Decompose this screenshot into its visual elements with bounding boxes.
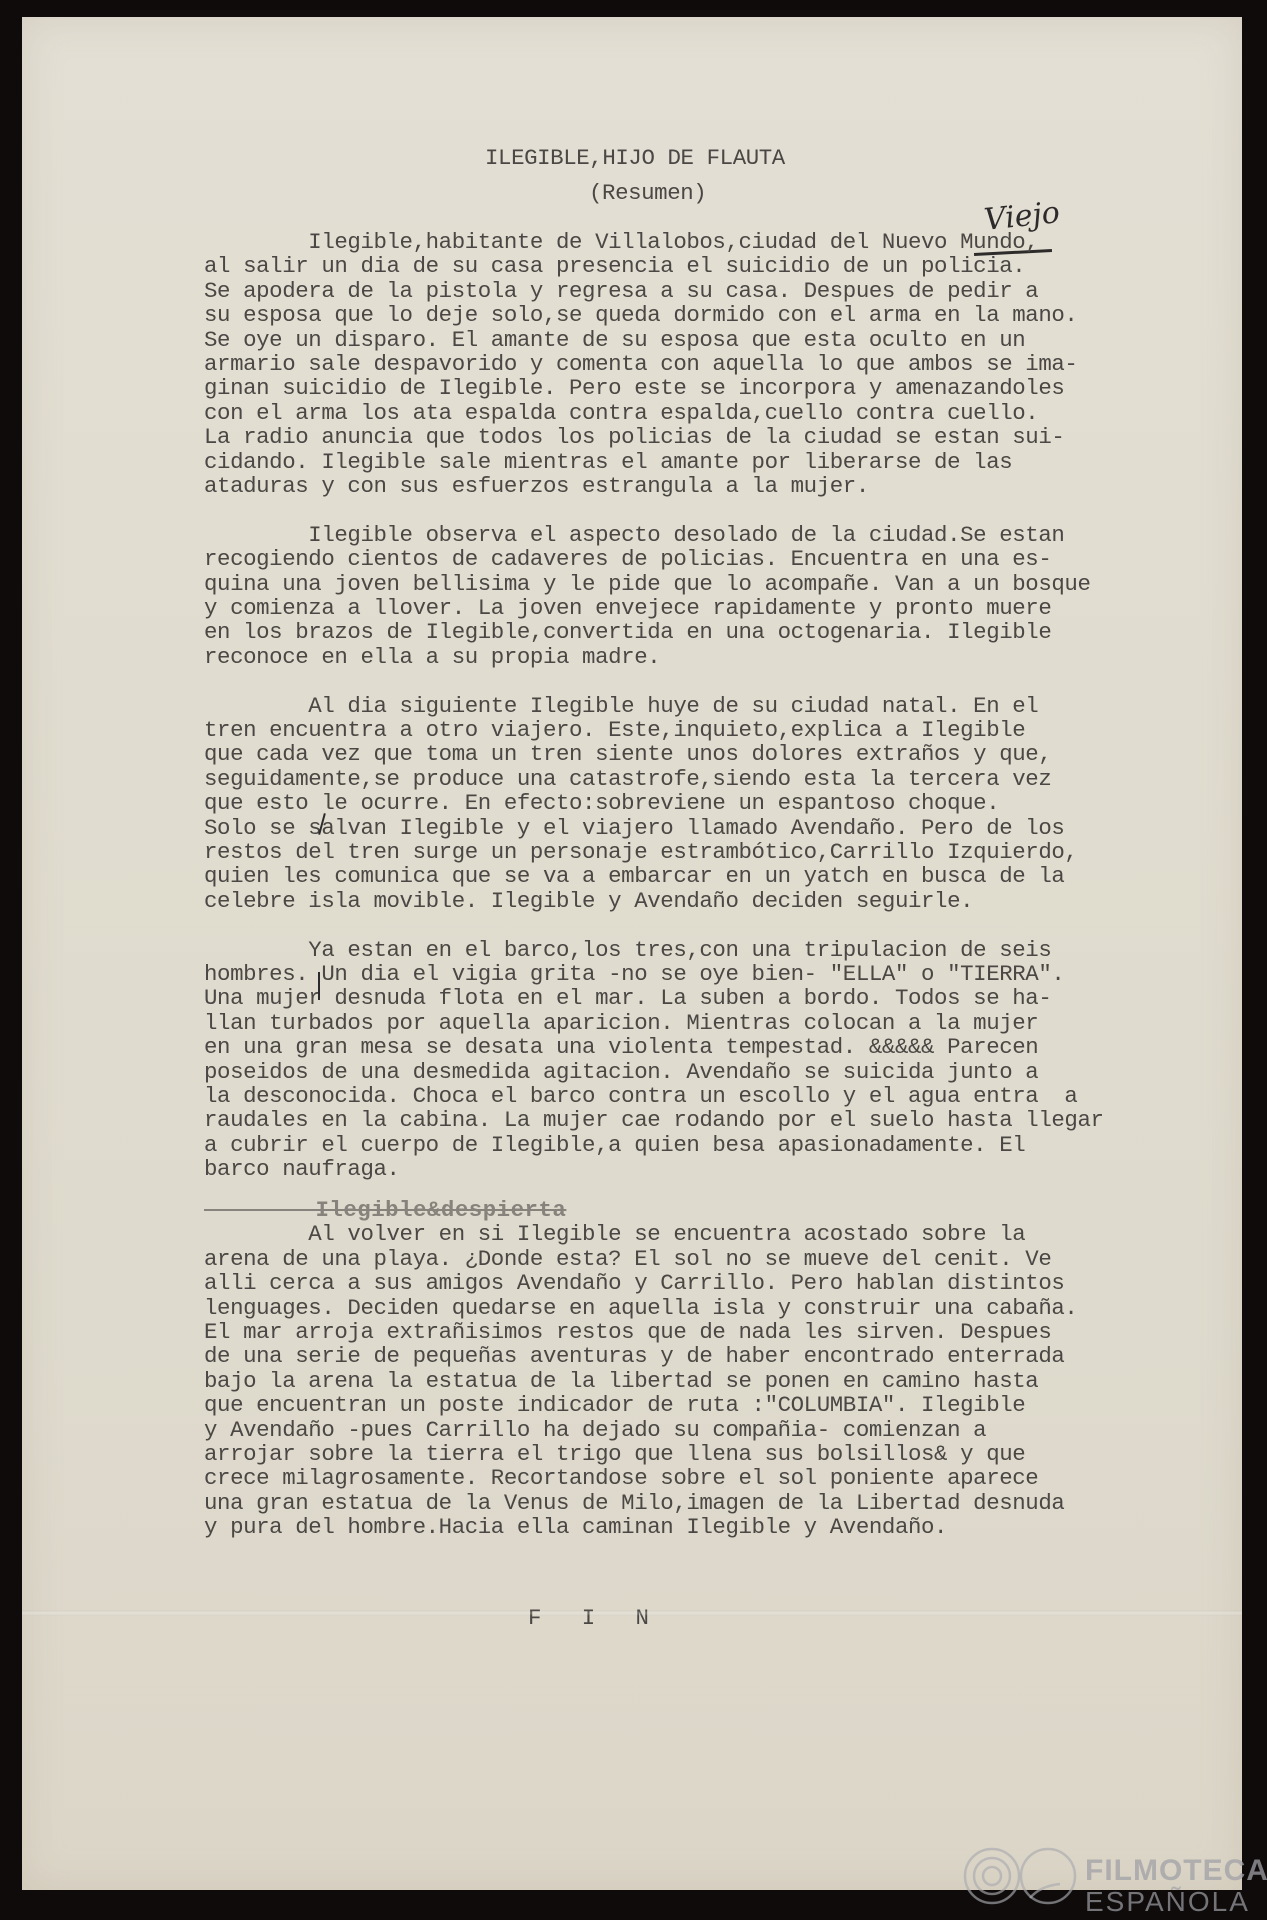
typewritten-page: ILEGIBLE,HIJO DE FLAUTA (Resumen) Viejo …	[22, 17, 1242, 1890]
text-line: que cada vez que toma un tren siente uno…	[204, 741, 1051, 767]
text-line: una gran estatua de la Venus de Milo,ima…	[204, 1490, 1064, 1516]
text-line: a cubrir el cuerpo de Ilegible,a quien b…	[204, 1132, 1025, 1158]
text-line: ginan suicidio de Ilegible. Pero este se…	[204, 375, 1064, 401]
text-line: arrojar sobre la tierra el trigo que lle…	[204, 1441, 1025, 1467]
text-line: y comienza a llover. La joven envejece r…	[204, 595, 1051, 621]
text-line: con el arma los ata espalda contra espal…	[204, 400, 1038, 426]
text-line: al salir un dia de su casa presencia el …	[204, 253, 1025, 279]
struck-out-line: Ilegible&despierta	[204, 1197, 566, 1223]
text-line: llan turbados por aquella aparicion. Mie…	[204, 1010, 1038, 1036]
document-title: ILEGIBLE,HIJO DE FLAUTA	[485, 145, 785, 171]
text-line: tren encuentra a otro viajero. Este,inqu…	[204, 717, 1025, 743]
text-line: Al dia siguiente Ilegible huye de su ciu…	[204, 693, 1038, 719]
text-line: barco naufraga.	[204, 1156, 400, 1182]
text-line: Al volver en si Ilegible se encuentra ac…	[204, 1221, 1025, 1247]
text-line: crece milagrosamente. Recortandose sobre…	[204, 1465, 1038, 1491]
filmoteca-watermark: FILMOTECA ESPAÑOLA	[960, 1846, 1260, 1920]
text-line: Una mujer desnuda flota en el mar. La su…	[204, 985, 1051, 1011]
text-line: quien les comunica que se va a embarcar …	[204, 863, 1064, 889]
watermark-title: FILMOTECA	[1085, 1854, 1267, 1888]
text-line: ataduras y con sus esfuerzos estrangula …	[204, 473, 869, 499]
text-line: Ya estan en el barco,los tres,con una tr…	[204, 937, 1051, 963]
text-line: poseidos de una desmedida agitacion. Ave…	[204, 1059, 1038, 1085]
text-line: que encuentran un poste indicador de rut…	[204, 1392, 1025, 1418]
text-line: seguidamente,se produce una catastrofe,s…	[204, 766, 1051, 792]
text-line: arena de una playa. ¿Donde esta? El sol …	[204, 1246, 1051, 1272]
text-line: raudales en la cabina. La mujer cae roda…	[204, 1107, 1104, 1133]
text-line: quina una joven bellisima y le pide que …	[204, 571, 1091, 597]
text-line: la desconocida. Choca el barco contra un…	[204, 1083, 1077, 1109]
text-line: Solo se salvan Ilegible y el viajero lla…	[204, 815, 1064, 841]
text-line: celebre isla movible. Ilegible y Avendañ…	[204, 888, 973, 914]
text-line: bajo la arena la estatua de la libertad …	[204, 1368, 1038, 1394]
pen-mark	[318, 972, 320, 1000]
text-line: Ilegible,habitante de Villalobos,ciudad …	[204, 229, 1038, 255]
text-line: lenguages. Deciden quedarse en aquella i…	[204, 1295, 1077, 1321]
text-line: La radio anuncia que todos los policias …	[204, 424, 1064, 450]
text-line: recogiendo cientos de cadaveres de polic…	[204, 546, 1051, 572]
text-line: en una gran mesa se desata una violenta …	[204, 1034, 1038, 1060]
document-ending: F I N	[528, 1605, 649, 1631]
text-line: armario sale despavorido y comenta con a…	[204, 351, 1077, 377]
text-line: reconoce en ella a su propia madre.	[204, 644, 660, 670]
text-line: y pura del hombre.Hacia ella caminan Ile…	[204, 1514, 947, 1540]
text-line: restos del tren surge un personaje estra…	[204, 839, 1077, 865]
text-line: alli cerca a sus amigos Avendaño y Carri…	[204, 1270, 1064, 1296]
text-line: hombres. Un dia el vigia grita -no se oy…	[204, 961, 1064, 987]
text-line: Se apodera de la pistola y regresa a su …	[204, 278, 1038, 304]
text-line: Ilegible observa el aspecto desolado de …	[204, 522, 1064, 548]
text-line: cidando. Ilegible sale mientras el amant…	[204, 449, 1012, 475]
text-line: en los brazos de Ilegible,convertida en …	[204, 619, 1051, 645]
filmoteca-logo-icon	[960, 1846, 1090, 1916]
watermark-subtitle: ESPAÑOLA	[1085, 1886, 1250, 1918]
text-line: de una serie de pequeñas aventuras y de …	[204, 1343, 1064, 1369]
text-line: El mar arroja extrañisimos restos que de…	[204, 1319, 1051, 1345]
text-line: y Avendaño -pues Carrillo ha dejado su c…	[204, 1417, 986, 1443]
text-line: su esposa que lo deje solo,se queda dorm…	[204, 302, 1077, 328]
document-subtitle: (Resumen)	[589, 180, 706, 206]
text-line: Se oye un disparo. El amante de su espos…	[204, 327, 1025, 353]
